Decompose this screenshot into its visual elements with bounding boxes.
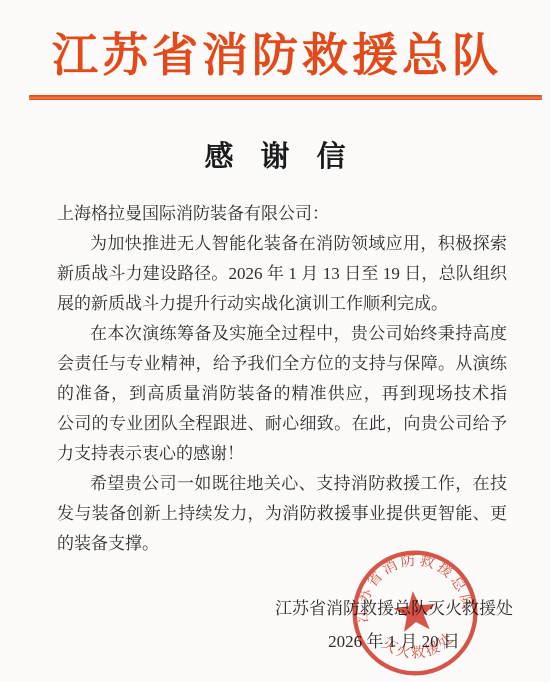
seal-bottom-text: 灭火救援处 [378, 628, 460, 665]
body-line: 会责任与专业精神，给予我们全方位的支持与保障。从演练前期 [57, 349, 507, 379]
body-line: 发与装备创新上持续发力，为消防救援事业提供更智能、更可靠 [57, 499, 507, 529]
letterhead-org-name: 江苏省消防救援总队 [0, 30, 550, 83]
seal-graphic: 江苏省消防救援总队 灭火救援处 [341, 539, 488, 682]
letter-body: 上海格拉曼国际消防装备有限公司： 为加快推进无人智能化装备在消防领域应用，积极探… [57, 199, 507, 559]
letterhead-rule [29, 95, 542, 100]
letter-page: 江苏省消防救援总队 感谢信 上海格拉曼国际消防装备有限公司： 为加快推进无人智能… [0, 0, 550, 682]
body-line: 希望贵公司一如既往地关心、支持消防救援工作，在技术研 [57, 469, 507, 499]
body-line: 展的新质战斗力提升行动实战化演训工作顺利完成。 [57, 289, 507, 319]
body-line: 的准备，到高质量消防装备的精准供应，再到现场技术指导，贵 [57, 379, 507, 409]
official-seal: 江苏省消防救援总队 灭火救援处 [341, 539, 488, 682]
body-line: 新质战斗力建设路径。2026 年 1 月 13 日至 19 日，总队组织开 [57, 259, 507, 289]
seal-star-icon [392, 589, 438, 633]
body-line: 在本次演练筹备及实施全过程中，贵公司始终秉持高度的社 [57, 319, 507, 349]
letter-title: 感谢信 [0, 134, 550, 175]
body-line: 公司的专业团队全程跟进、耐心细致。在此，向贵公司给予的大 [57, 409, 507, 439]
body-line: 为加快推进无人智能化装备在消防领域应用，积极探索消防 [57, 229, 507, 259]
recipient-line: 上海格拉曼国际消防装备有限公司： [57, 199, 507, 229]
body-line: 力支持表示衷心的感谢！ [57, 439, 507, 469]
